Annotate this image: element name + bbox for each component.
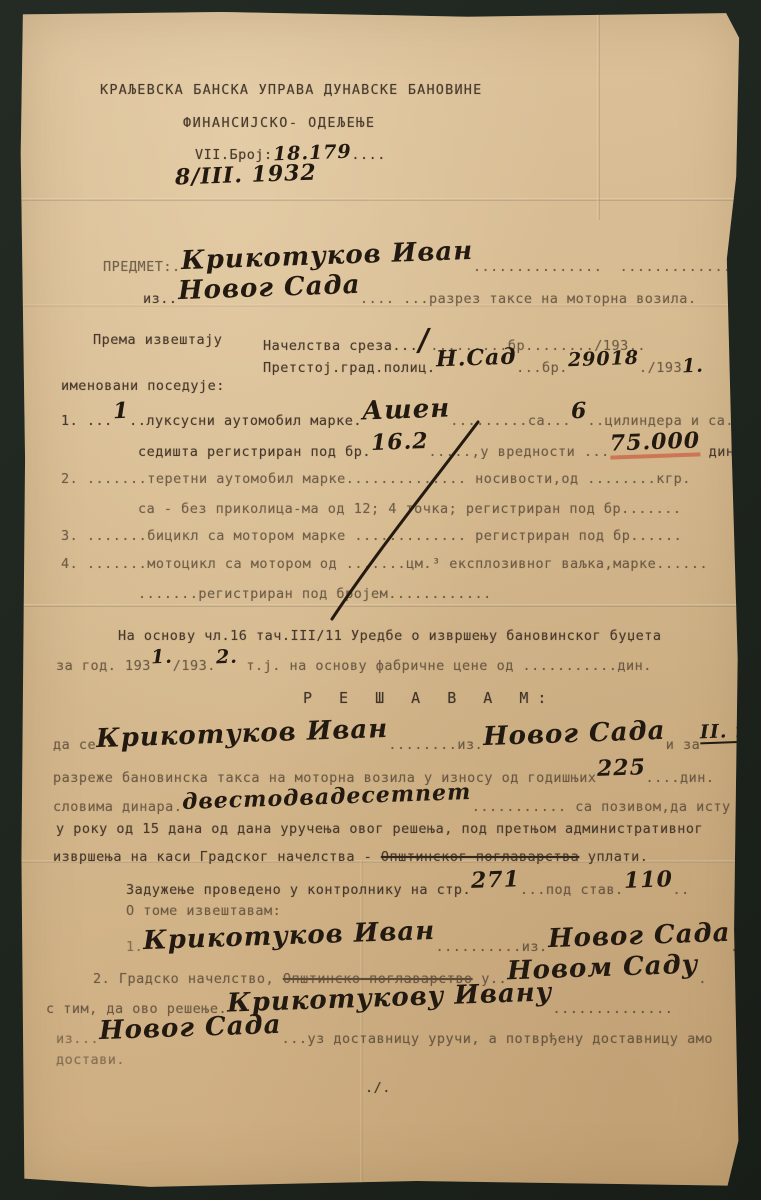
subject-name-handwritten: Крикотуков Иван <box>180 238 473 274</box>
srez-slash-handwritten: / <box>418 326 431 356</box>
subject-from-line: из.. Новог Сада .... ... разрез таксе на… <box>143 282 696 308</box>
decision-text4: у року од 15 дана од дана уручења овог р… <box>56 821 703 837</box>
item1-value-handwritten: 75.000 <box>609 429 700 459</box>
ledger-item-handwritten: 110 <box>623 868 673 892</box>
date-handwritten: 8/III. 1932 <box>175 162 317 189</box>
paper-fold-crease <box>597 12 600 220</box>
subject-dots: ............... ............... <box>473 259 749 275</box>
ledger-text-b: ...под став. <box>520 882 624 898</box>
police-year-handwritten: 1. <box>682 357 704 377</box>
subject-line: ПРЕДМЕТ:. Крикотуков Иван ..............… <box>103 250 749 276</box>
report-police-line: Претстој.град.полиц. Н.Сад ...бр. 29018 … <box>263 354 704 376</box>
decision-line3: словима динара. двестодвадесетпет ......… <box>53 793 731 815</box>
police-number-handwritten: 29018 <box>568 349 640 370</box>
decision-text5b: уплати. <box>579 849 648 865</box>
law-year2-handwritten: 2. <box>216 648 238 668</box>
law-text2a: за год. 193 <box>56 658 151 674</box>
notify3-dots: .............. <box>553 1001 674 1017</box>
decision-text3b: ........... са позивом,да исту <box>472 799 731 815</box>
notify1-mid: ..........из. <box>436 939 548 955</box>
decision-text2b: ....дин. <box>645 770 714 786</box>
subject-label: ПРЕДМЕТ:. <box>103 259 181 275</box>
decision-place-handwritten: Новог Сада <box>483 718 666 750</box>
decision-line5: извршења на каси Градског начелства - Оп… <box>53 849 648 865</box>
notify1-name-handwritten: Крикотуков Иван <box>143 918 436 954</box>
notify1-number: 1. <box>126 939 143 955</box>
paper-fold-crease <box>20 198 742 201</box>
decision-text1a: да се <box>53 737 96 753</box>
decision-line1: да се Крикотуков Иван ........из. Новог … <box>53 728 761 755</box>
footer-mark: ./. <box>365 1080 391 1096</box>
ledger-line: Задужење проведено у контролнику на стр.… <box>126 876 690 898</box>
notify2-text-a: 2. Градско начелство, <box>93 971 283 987</box>
police-label: Претстој.град.полиц. <box>263 360 436 376</box>
srez-label: Начелства среза... <box>263 338 418 354</box>
decision-text1c: и за <box>666 737 701 753</box>
ledger-text-a: Задужење проведено у контролнику на стр. <box>126 882 471 898</box>
notify-heading-text: О томе извештавам: <box>126 903 281 919</box>
notify-heading: О томе извештавам: <box>126 903 281 919</box>
report-intro-text: Према извештају <box>93 332 222 348</box>
law-text1: На основу чл.16 тач.III/11 Уредбе о извр… <box>118 628 662 644</box>
from-label: из.. <box>143 291 178 307</box>
decision-text5a: извршења на каси Градског начелства - <box>53 849 381 865</box>
notify4-place-handwritten: Новог Сада <box>99 1012 282 1044</box>
owns-line: именовани поседује: <box>61 378 225 394</box>
decision-name-handwritten: Крикотуков Иван <box>96 716 389 752</box>
police-place-handwritten: Н.Сад <box>435 346 516 371</box>
header-date: 8/III. 1932 <box>175 164 317 186</box>
owns-text: именовани поседује: <box>61 378 225 394</box>
notify5-text: достави. <box>56 1052 125 1068</box>
police-rest: ./193 <box>639 360 682 376</box>
item1-text3: ..цилиндера и са.. <box>587 413 742 429</box>
decision-heading: Р Е Ш А В А М: <box>303 689 555 707</box>
item1-cylinders-handwritten: 6 <box>571 400 588 423</box>
notify-line4: из... Новог Сада ...уз доставницу уручи,… <box>56 1022 713 1048</box>
footer-mark-text: ./. <box>365 1080 391 1096</box>
notify-line5: достави. <box>56 1052 125 1068</box>
item1-number: 1. ... <box>61 413 113 429</box>
department-name: ФИНАНСИЈСКО- ОДЕЉЕЊЕ <box>183 115 376 131</box>
item1-currency: дин. <box>700 444 743 460</box>
notify4-text-a: из... <box>56 1031 99 1047</box>
decision-text3a: словима динара. <box>53 799 182 815</box>
organization-name: КРАЉЕВСКА БАНСКА УПРАВА ДУНАВСКЕ БАНОВИН… <box>100 82 482 98</box>
law-text2b: /193. <box>173 658 216 674</box>
report-intro: Према извештају <box>93 332 222 348</box>
decision-heading-text: Р Е Ш А В А М: <box>303 689 555 707</box>
item1-count-handwritten: 1 <box>112 400 129 423</box>
from-dots: .... ... <box>360 291 429 307</box>
law-text2c: т.ј. на основу фабричне цене од ........… <box>238 658 652 674</box>
from-place-handwritten: Новог Сада <box>177 272 360 304</box>
header-organization: КРАЉЕВСКА БАНСКА УПРАВА ДУНАВСКЕ БАНОВИН… <box>100 82 482 98</box>
scanned-document-photo: КРАЉЕВСКА БАНСКА УПРАВА ДУНАВСКЕ БАНОВИН… <box>0 0 761 1200</box>
decision-text1b: ........из. <box>388 737 483 753</box>
law-line2: за год. 193 1. /193. 2. т.ј. на основу ф… <box>56 655 652 674</box>
ledger-page-handwritten: 271 <box>471 868 521 892</box>
ledger-text-c: .. <box>673 882 690 898</box>
notify2-end: . <box>698 971 707 987</box>
handwritten-cancellation-slash <box>315 414 495 629</box>
case-number-dots: .... <box>351 147 386 163</box>
notify1-end: ... <box>730 939 756 955</box>
notify4-text-b: ...уз доставницу уручи, а потврђену дост… <box>282 1031 713 1047</box>
law-year1-handwritten: 1. <box>151 648 173 668</box>
document-paper-sheet: КРАЉЕВСКА БАНСКА УПРАВА ДУНАВСКЕ БАНОВИН… <box>20 12 742 1188</box>
notify1-place-handwritten: Новог Сада <box>547 920 730 952</box>
police-mid: ...бр. <box>516 360 568 376</box>
header-department: ФИНАНСИЈСКО- ОДЕЉЕЊЕ <box>183 115 376 131</box>
decision-line4: у року од 15 дана од дана уручења овог р… <box>56 821 703 837</box>
decision-halfyear-handwritten: II. пол <box>700 721 761 745</box>
item1-seats-handwritten: 4 <box>742 400 759 423</box>
decision-amount-handwritten: 225 <box>596 756 646 780</box>
decision-struck-text: Општинског поглаварства <box>381 849 579 865</box>
subject-matter: разрез таксе на моторна возила. <box>429 291 696 307</box>
law-line1: На основу чл.16 тач.III/11 Уредбе о извр… <box>118 628 662 644</box>
